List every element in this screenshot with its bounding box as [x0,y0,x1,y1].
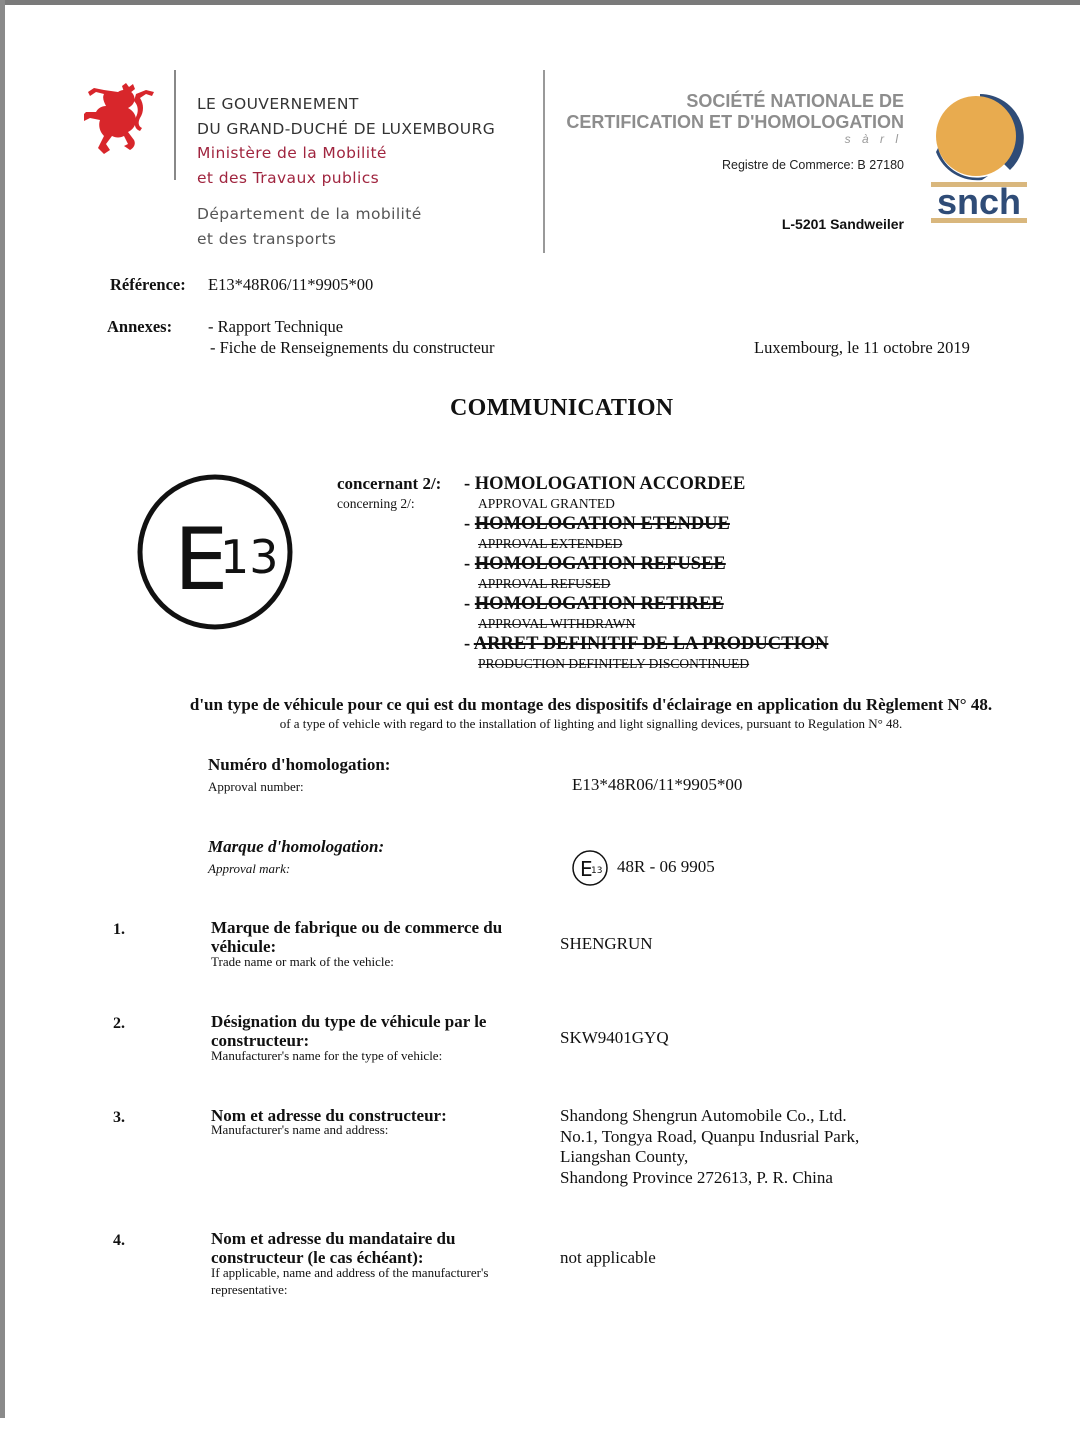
annex-item: - Rapport Technique [208,317,343,337]
reference-label: Référence: [110,275,186,295]
gov-line-1: LE GOUVERNEMENT [197,92,495,117]
approval-options: - HOMOLOGATION ACCORDEEAPPROVAL GRANTED-… [464,474,828,674]
e13-emblem-icon: E 13 [136,472,294,632]
option-en: PRODUCTION DEFINITELY DISCONTINUED [464,654,828,674]
scan-border-top [0,0,1080,5]
snch-sarl: s à r l [845,132,902,146]
annexes-label: Annexes: [107,317,172,337]
department-line-2: et des transports [197,227,495,252]
option-fr: - HOMOLOGATION RETIREE [464,594,828,614]
reference-value: E13*48R06/11*9905*00 [208,275,373,295]
approval-mark-value: 48R - 06 9905 [617,857,715,878]
item-value-line: Liangshan County, [560,1147,859,1168]
item-label-en: Manufacturer's name and address: [211,1121,531,1138]
item-label-en: If applicable, name and address of the m… [211,1264,531,1298]
ministry-line-1: Ministère de la Mobilité [197,141,495,166]
item-value-line: Shandong Shengrun Automobile Co., Ltd. [560,1106,859,1127]
item-value-line: SKW9401GYQ [560,1028,669,1049]
item-value-line: No.1, Tongya Road, Quanpu Indusrial Park… [560,1127,859,1148]
registre-commerce: Registre de Commerce: B 27180 [722,158,904,172]
snch-address: L-5201 Sandweiler [782,216,904,232]
approval-number-value: E13*48R06/11*9905*00 [572,775,742,796]
place-date: Luxembourg, le 11 octobre 2019 [754,338,970,358]
page-bottom [0,1418,1080,1443]
subject-fr: d'un type de véhicule pour ce qui est du… [0,695,1080,715]
ministry-line-2: et des Travaux publics [197,166,495,191]
approval-mark-label-en: Approval mark: [208,860,290,877]
gov-line-2: DU GRAND-DUCHÉ DE LUXEMBOURG [197,117,495,142]
item-value-line: not applicable [560,1248,656,1269]
option-fr: - HOMOLOGATION ETENDUE [464,514,828,534]
approval-mark-emblem-icon: E 13 [571,849,609,887]
item-value-line: Shandong Province 272613, P. R. China [560,1168,859,1189]
option-en: APPROVAL WITHDRAWN [464,614,828,634]
item-label-fr: Désignation du type de véhicule par le c… [211,1012,531,1050]
snch-title-line-2: CERTIFICATION ET D'HOMOLOGATION [566,112,904,133]
approval-mark-label-fr: Marque d'homologation: [208,837,384,856]
item-label-en: Manufacturer's name for the type of vehi… [211,1047,531,1064]
lion-logo-icon [84,82,158,170]
item-label-fr: Nom et adresse du mandataire du construc… [211,1229,531,1267]
item-value-line: SHENGRUN [560,934,653,955]
snch-logo-icon: snch [928,90,1030,226]
department-line-1: Département de la mobilité [197,202,495,227]
government-block: LE GOUVERNEMENT DU GRAND-DUCHÉ DE LUXEMB… [197,92,495,251]
annex-item: - Fiche de Renseignements du constructeu… [210,338,495,358]
item-value: not applicable [560,1248,656,1269]
header-divider [174,70,176,180]
option-fr: - ARRET DEFINITIF DE LA PRODUCTION [464,634,828,654]
item-number: 3. [113,1109,125,1127]
document-page: LE GOUVERNEMENT DU GRAND-DUCHÉ DE LUXEMB… [0,0,1080,1443]
option-en: APPROVAL GRANTED [464,494,828,514]
item-value: SKW9401GYQ [560,1028,669,1049]
header-center-divider [543,70,545,253]
svg-text:snch: snch [937,181,1021,222]
svg-text:13: 13 [220,530,279,584]
snch-title-line-1: SOCIÉTÉ NATIONALE DE [566,91,904,112]
option-fr: - HOMOLOGATION REFUSEE [464,554,828,574]
subject-en: of a type of vehicle with regard to the … [0,716,1080,732]
item-number: 2. [113,1015,125,1033]
item-label-fr: Marque de fabrique ou de commerce du véh… [211,918,531,956]
approval-number-label-en: Approval number: [208,778,304,795]
item-number: 4. [113,1232,125,1250]
item-value: SHENGRUN [560,934,653,955]
snch-title: SOCIÉTÉ NATIONALE DE CERTIFICATION ET D'… [566,91,904,133]
svg-text:13: 13 [591,866,602,876]
concerning-label-en: concerning 2/: [337,496,415,512]
concerning-label-fr: concernant 2/: [337,474,441,494]
option-fr: - HOMOLOGATION ACCORDEE [464,474,828,494]
item-value: Shandong Shengrun Automobile Co., Ltd.No… [560,1106,859,1188]
option-en: APPROVAL REFUSED [464,574,828,594]
document-title: COMMUNICATION [450,395,673,422]
item-number: 1. [113,921,125,939]
option-en: APPROVAL EXTENDED [464,534,828,554]
item-label-en: Trade name or mark of the vehicle: [211,953,531,970]
approval-number-label-fr: Numéro d'homologation: [208,755,390,774]
